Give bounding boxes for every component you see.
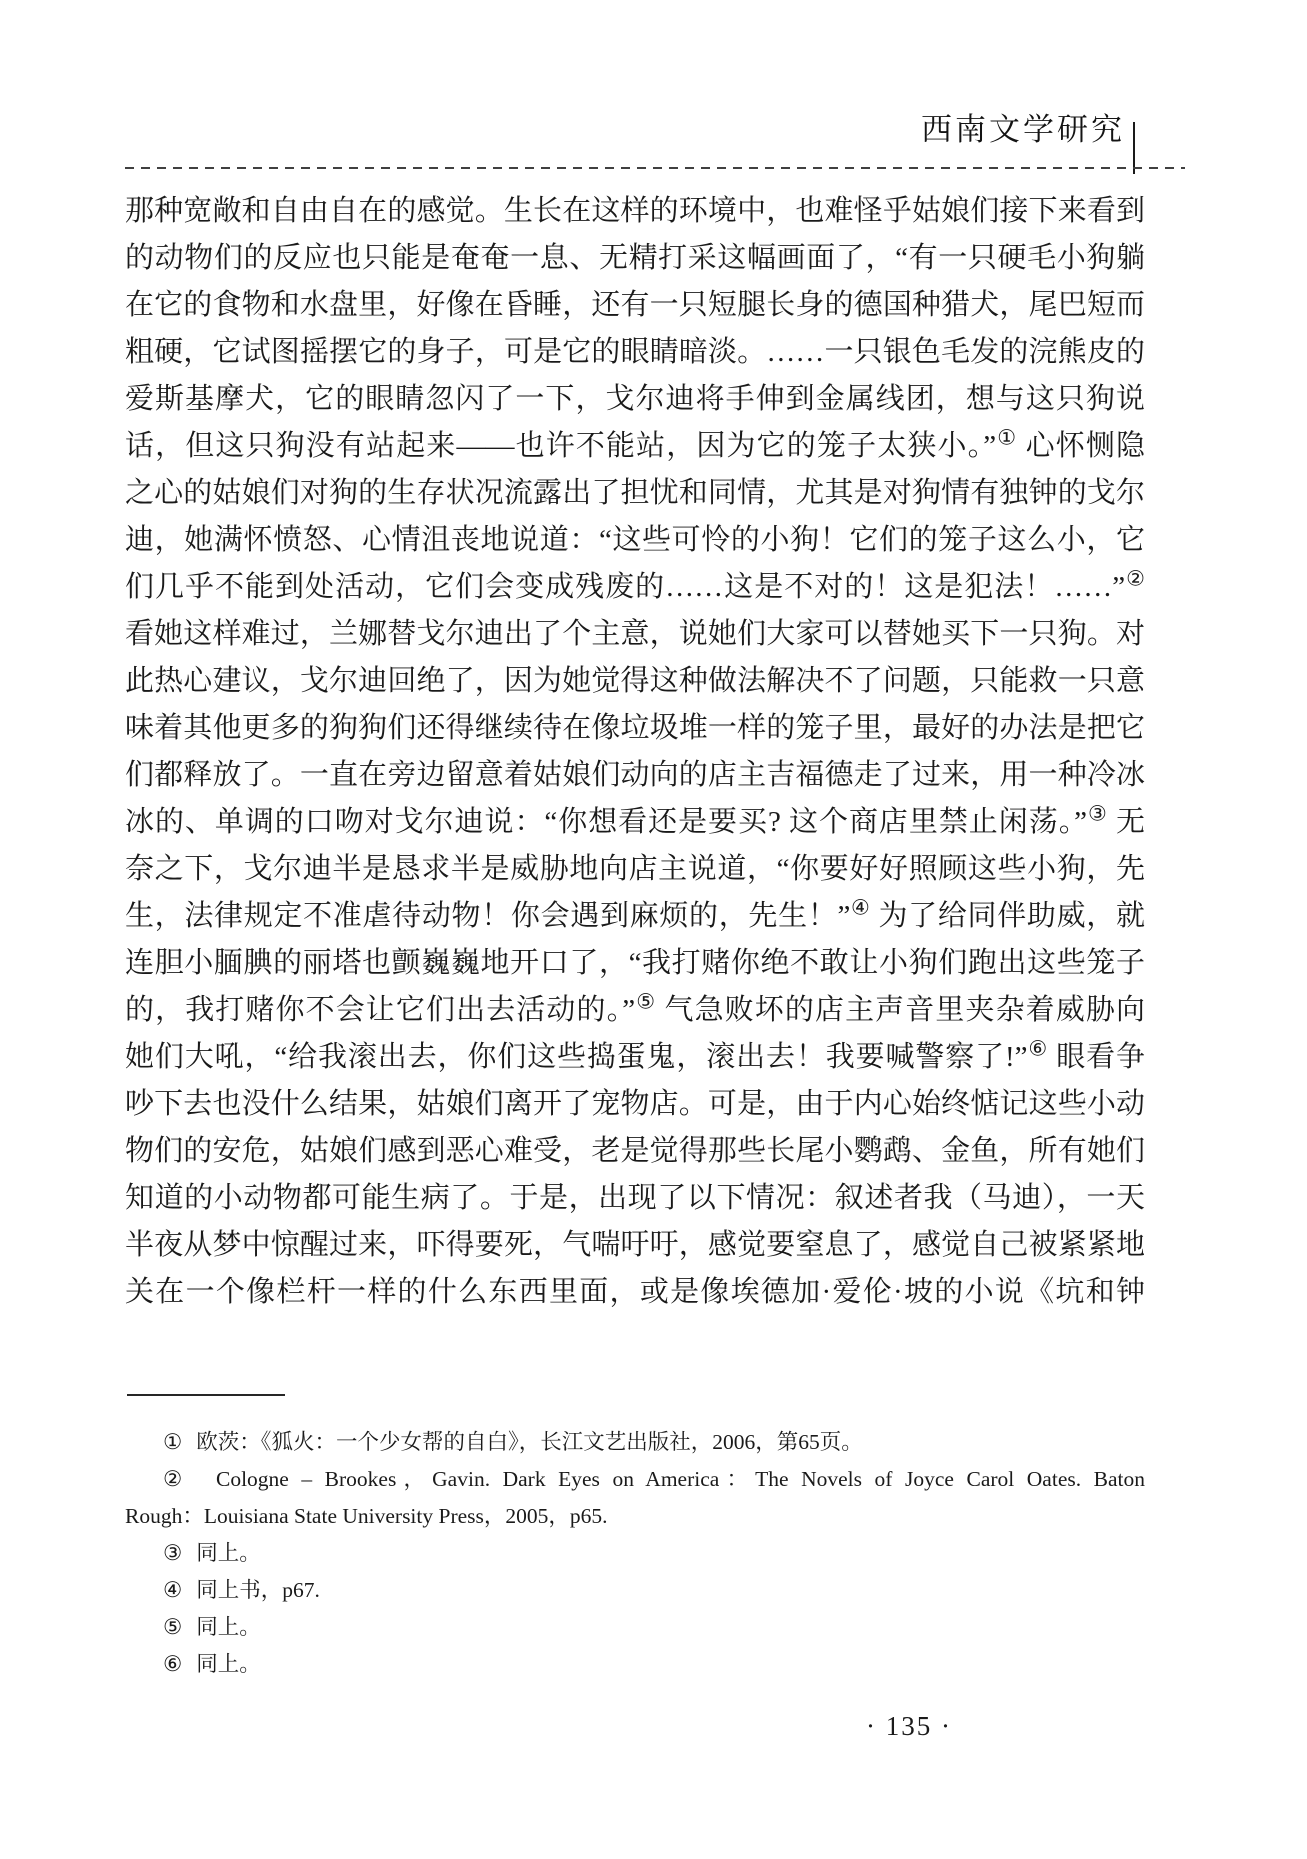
body-text-line: 此热心建议，戈尔迪回绝了，因为她觉得这种做法解决不了问题，只能救一只意 (125, 658, 1145, 705)
body-text-line: 她们大吼，“给我滚出去，你们这些捣蛋鬼，滚出去！我要喊警察了!”⑥ 眼看争 (125, 1034, 1145, 1081)
body-text-line: 在它的食物和水盘里，好像在昏睡，还有一只短腿长身的德国种猎犬，尾巴短而 (125, 282, 1145, 329)
page-container: 西南文学研究 那种宽敞和自由自在的感觉。生长在这样的环境中，也难怪乎姑娘们接下来… (0, 0, 1307, 1859)
footnote-text: Cologne – Brookes，Gavin. Dark Eyes on Am… (216, 1467, 1145, 1491)
footnote-text: 同上书，p67. (196, 1578, 320, 1602)
footnote-text: 同上。 (196, 1652, 261, 1676)
body-text-line: 物们的安危，姑娘们感到恶心难受，老是觉得那些长尾小鹦鹉、金鱼，所有她们 (125, 1128, 1145, 1175)
body-text-line: 冰的、单调的口吻对戈尔迪说：“你想看还是要买? 这个商店里禁止闲荡。”③ 无 (125, 799, 1145, 846)
body-text-line: 味着其他更多的狗狗们还得继续待在像垃圾堆一样的笼子里，最好的办法是把它 (125, 705, 1145, 752)
footnote-item-continuation: Rough：Louisiana State University Press，2… (125, 1498, 1145, 1535)
header-dashed-rule (125, 167, 1185, 169)
footnote-marker: ⑥ (163, 1652, 182, 1676)
footnote-text: 同上。 (196, 1541, 261, 1565)
body-text-line: 关在一个像栏杆一样的什么东西里面，或是像埃德加·爱伦·坡的小说《坑和钟 (125, 1269, 1145, 1316)
body-text-line: 爱斯基摩犬，它的眼睛忽闪了一下，戈尔迪将手伸到金属线团，想与这只狗说 (125, 376, 1145, 423)
footnote-item: ③同上。 (125, 1535, 1145, 1572)
body-text-line: 们几乎不能到处活动，它们会变成残废的……这是不对的！这是犯法！……”② (125, 564, 1145, 611)
body-text-line: 的，我打赌你不会让它们出去活动的。”⑤ 气急败坏的店主声音里夹杂着威胁向 (125, 987, 1145, 1034)
body-text-line: 的动物们的反应也只能是奄奄一息、无精打采这幅画面了，“有一只硬毛小狗躺 (125, 235, 1145, 282)
footnotes-section: ①欧茨：《狐火：一个少女帮的自白》，长江文艺出版社，2006，第65页。 ② C… (125, 1424, 1145, 1683)
footnote-text: Rough：Louisiana State University Press，2… (125, 1504, 608, 1528)
footnote-item: ④同上书，p67. (125, 1572, 1145, 1609)
footnote-item: ② Cologne – Brookes，Gavin. Dark Eyes on … (125, 1461, 1145, 1498)
body-text-line: 迪，她满怀愤怒、心情沮丧地说道：“这些可怜的小狗！它们的笼子这么小，它 (125, 517, 1145, 564)
footnote-marker: ④ (163, 1578, 182, 1602)
body-text-line: 那种宽敞和自由自在的感觉。生长在这样的环境中，也难怪乎姑娘们接下来看到 (125, 188, 1145, 235)
footnote-item: ①欧茨：《狐火：一个少女帮的自白》，长江文艺出版社，2006，第65页。 (125, 1424, 1145, 1461)
footnote-marker: ③ (163, 1541, 182, 1565)
footnote-item: ⑥同上。 (125, 1646, 1145, 1683)
footnote-separator-rule (127, 1394, 285, 1396)
body-text-line: 奈之下，戈尔迪半是恳求半是威胁地向店主说道，“你要好好照顾这些小狗，先 (125, 846, 1145, 893)
body-text-line: 连胆小腼腆的丽塔也颤巍巍地开口了，“我打赌你绝不敢让小狗们跑出这些笼子 (125, 940, 1145, 987)
journal-title: 西南文学研究 (921, 112, 1125, 148)
footnote-marker: ① (163, 1430, 182, 1454)
body-text-line: 吵下去也没什么结果，姑娘们离开了宠物店。可是，由于内心始终惦记这些小动 (125, 1081, 1145, 1128)
footnote-item: ⑤同上。 (125, 1609, 1145, 1646)
body-text-line: 之心的姑娘们对狗的生存状况流露出了担忧和同情，尤其是对狗情有独钟的戈尔 (125, 470, 1145, 517)
page-number: · 135 · (866, 1711, 952, 1742)
footnote-text: 欧茨：《狐火：一个少女帮的自白》，长江文艺出版社，2006，第65页。 (196, 1430, 863, 1454)
body-text-line: 话，但这只狗没有站起来——也许不能站，因为它的笼子太狭小。”① 心怀恻隐 (125, 423, 1145, 470)
footnote-marker: ② (163, 1467, 189, 1491)
article-body: 那种宽敞和自由自在的感觉。生长在这样的环境中，也难怪乎姑娘们接下来看到 的动物们… (125, 188, 1145, 1316)
body-text-line: 生，法律规定不准虐待动物！你会遇到麻烦的，先生！”④ 为了给同伴助威，就 (125, 893, 1145, 940)
body-text-line: 看她这样难过，兰娜替戈尔迪出了个主意，说她们大家可以替她买下一只狗。对 (125, 611, 1145, 658)
body-text-line: 们都释放了。一直在旁边留意着姑娘们动向的店主吉福德走了过来，用一种冷冰 (125, 752, 1145, 799)
body-text-line: 粗硬，它试图摇摆它的身子，可是它的眼睛暗淡。……一只银色毛发的浣熊皮的 (125, 329, 1145, 376)
body-text-line: 知道的小动物都可能生病了。于是，出现了以下情况：叙述者我（马迪），一天 (125, 1175, 1145, 1222)
footnote-text: 同上。 (196, 1615, 261, 1639)
footnote-marker: ⑤ (163, 1615, 182, 1639)
body-text-line: 半夜从梦中惊醒过来，吓得要死，气喘吁吁，感觉要窒息了，感觉自己被紧紧地 (125, 1222, 1145, 1269)
